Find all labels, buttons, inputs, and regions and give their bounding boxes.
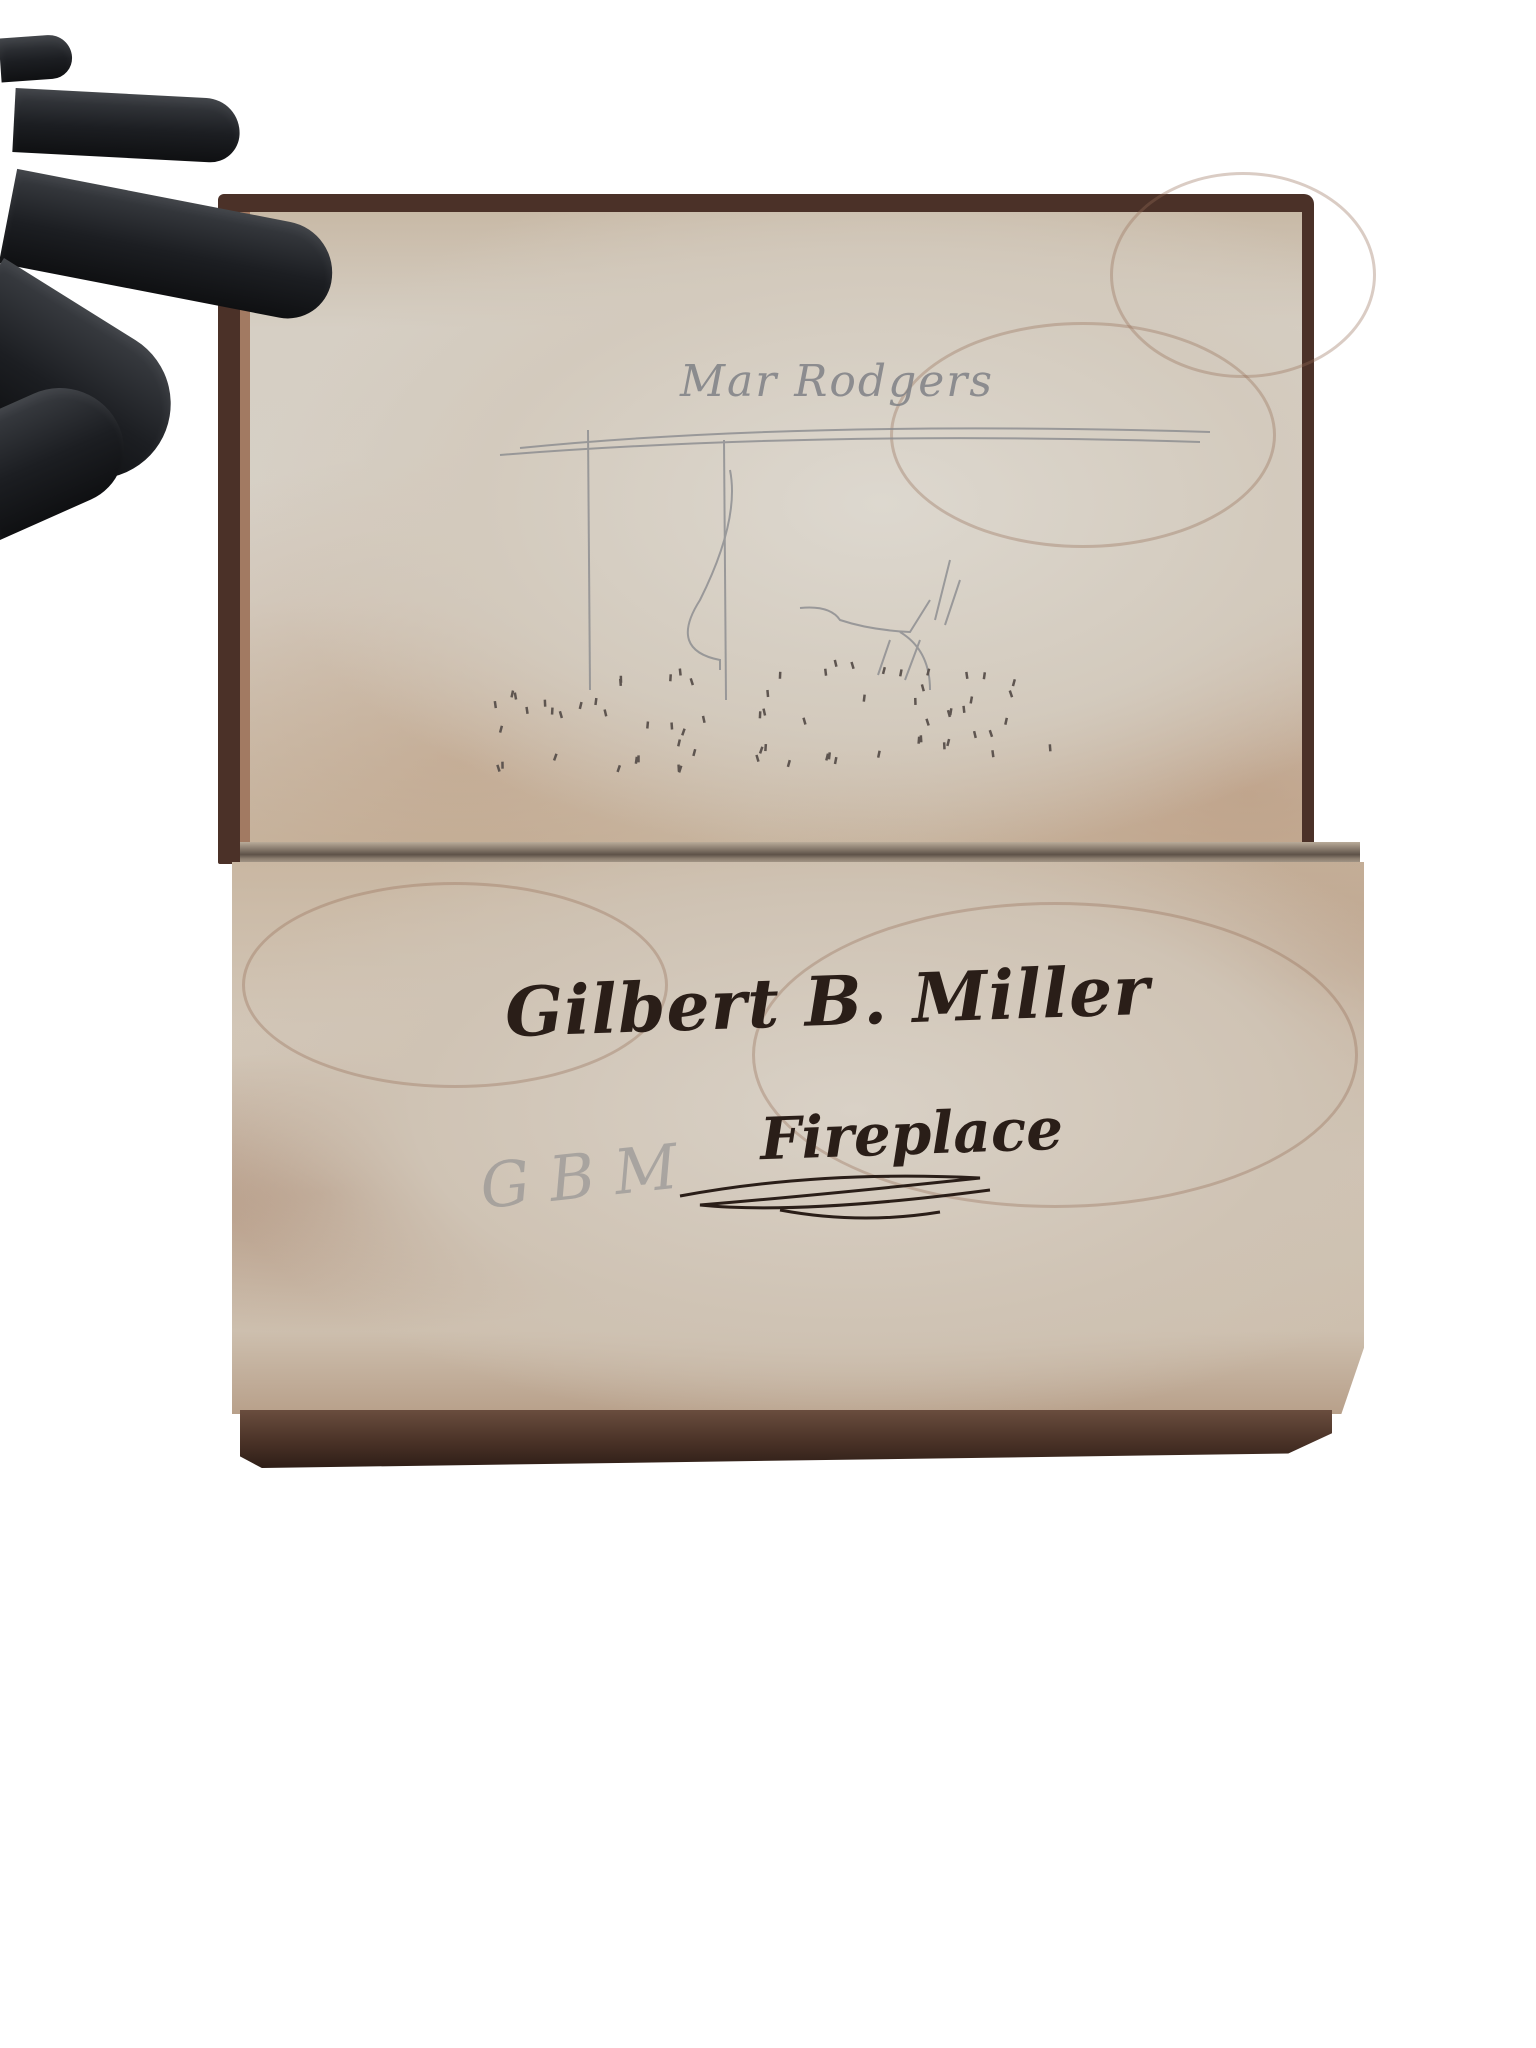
page-block-edge (240, 1410, 1332, 1468)
mannequin-finger (0, 34, 73, 83)
pencil-inscription: Mar Rodgers (680, 356, 994, 407)
upper-endpaper (240, 212, 1302, 860)
mannequin-finger (12, 88, 241, 164)
photo-scene: Mar Rodgers Gilbert B. Miller Fireplace … (0, 0, 1536, 2048)
ink-place-name: Fireplace (759, 1095, 1064, 1174)
water-stain (1110, 172, 1376, 378)
